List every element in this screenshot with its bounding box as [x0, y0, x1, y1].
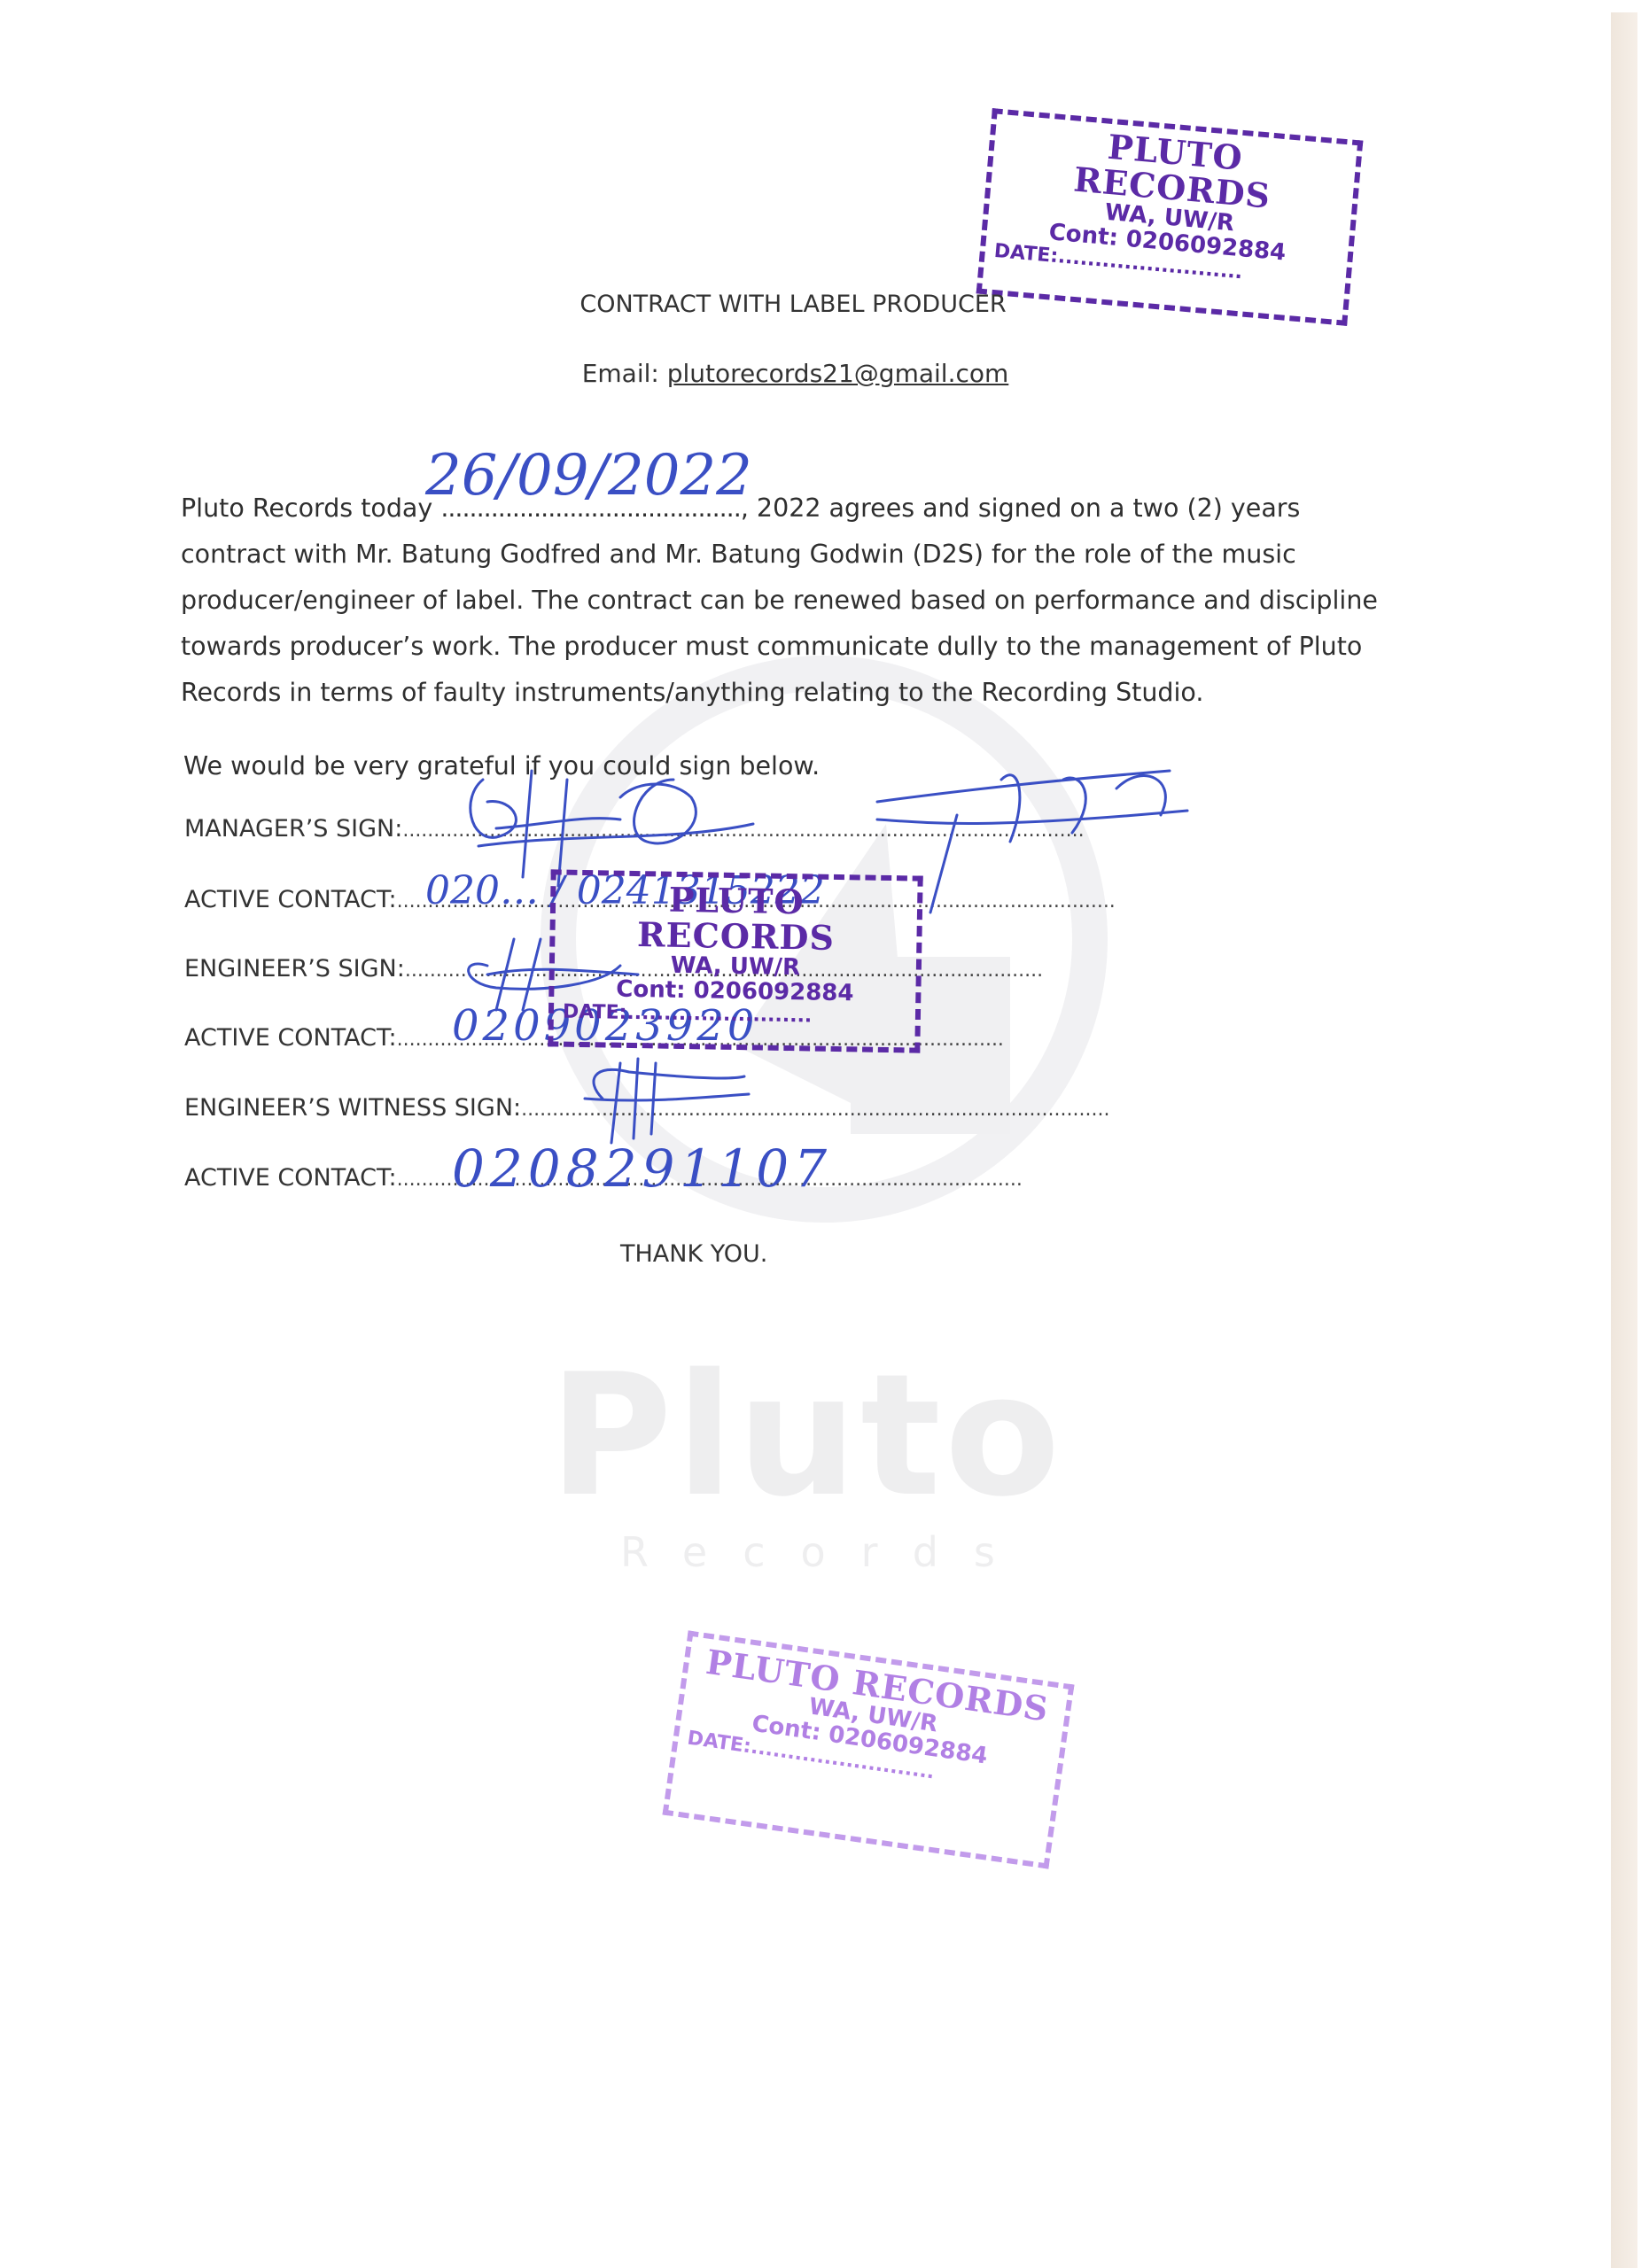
stamp-name: PLUTO RECORDS	[564, 881, 908, 958]
stamp-middle: PLUTO RECORDS WA, UW/R Cont: 0206092884 …	[548, 869, 922, 1052]
closing-text: THANK YOU.	[620, 1240, 767, 1268]
witness-contact-handwritten: 0208291107	[452, 1138, 832, 1199]
stamp-date: DATE:.........................	[563, 1001, 906, 1030]
handwritten-signatures	[0, 0, 1649, 2268]
